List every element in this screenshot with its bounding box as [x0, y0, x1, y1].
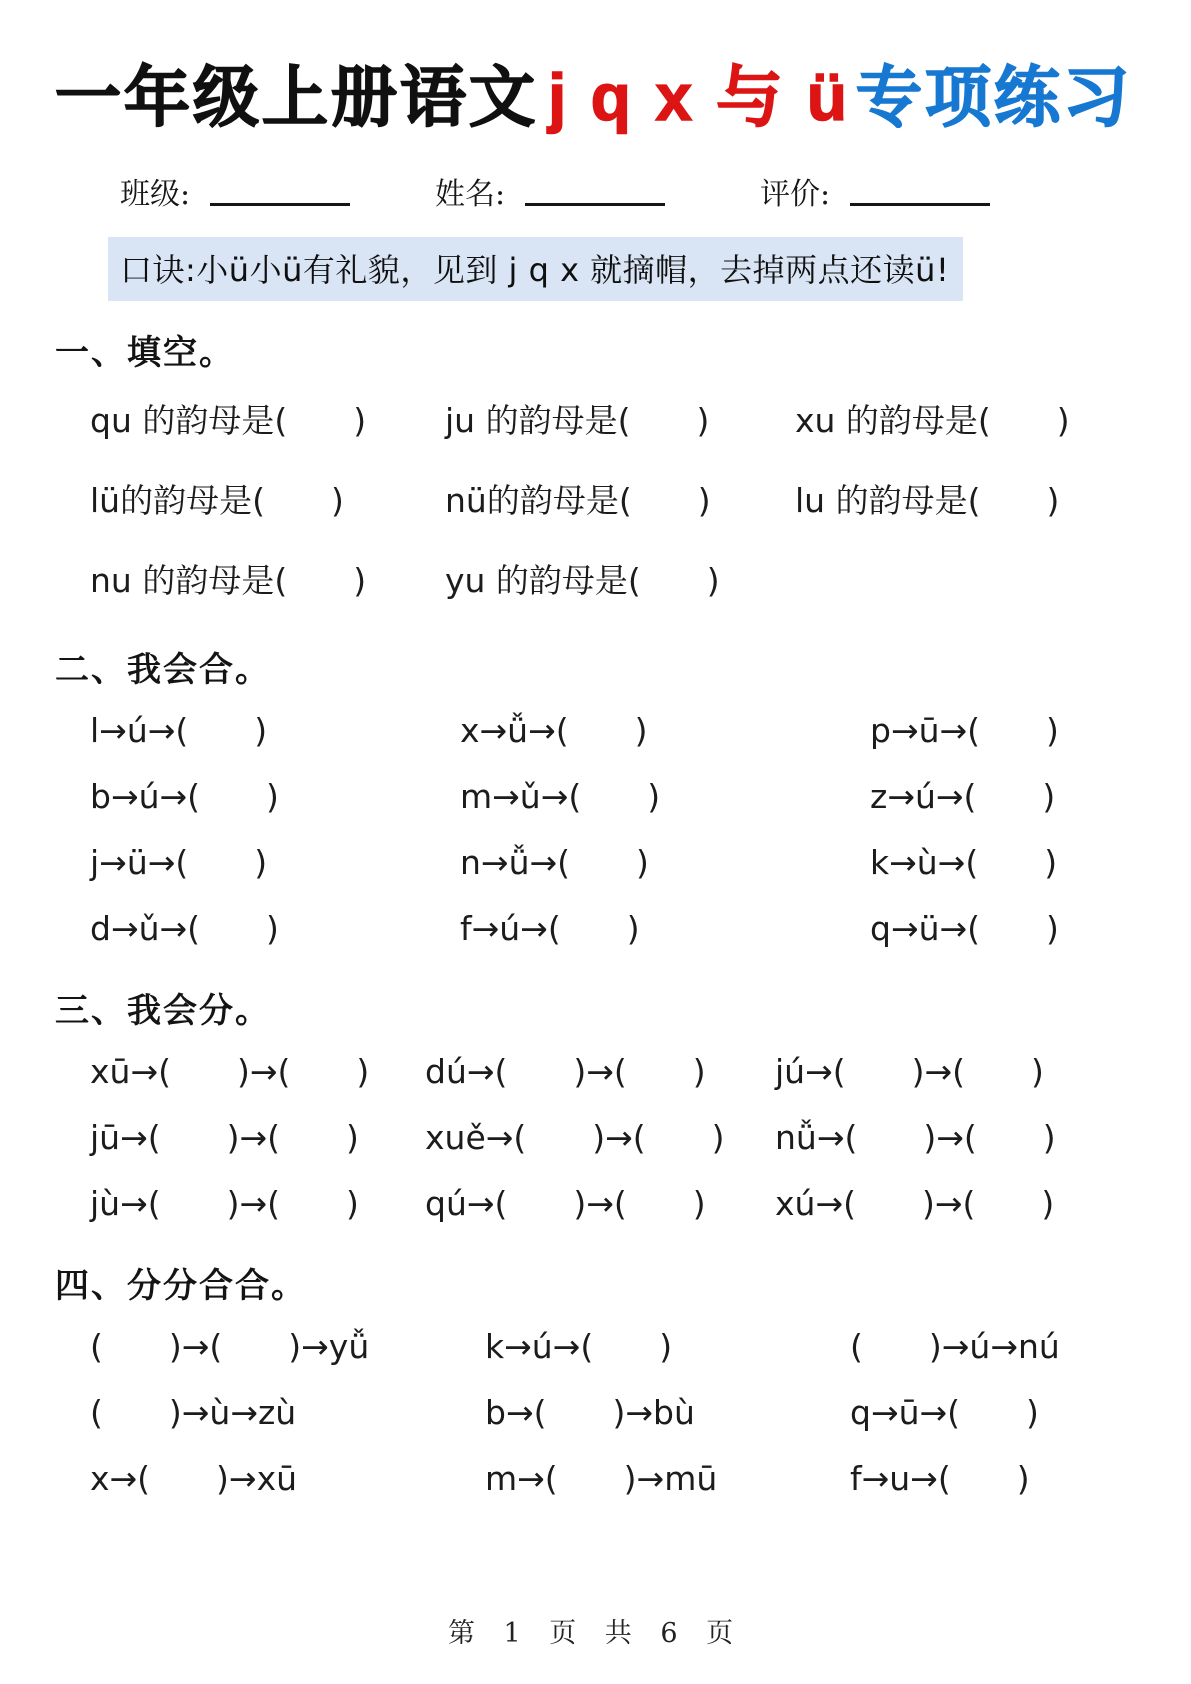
exercise-item: ( )→ù→zù: [90, 1387, 485, 1434]
name-label: 姓名:: [435, 177, 505, 212]
title-text-black: 一年级上册语文: [55, 60, 538, 134]
exercise-item: m→ǔ→( ): [460, 771, 870, 818]
section-heading: 二、我会合。: [55, 642, 1136, 691]
name-field: 姓名:: [435, 169, 760, 213]
evaluation-blank-line[interactable]: [850, 199, 990, 206]
exercise-row: ( )→( )→yǚk→ú→( )( )→ú→nú: [55, 1311, 1136, 1377]
exercise-item: k→ú→( ): [485, 1321, 850, 1368]
exercise-item: xu 的韵母是( ): [795, 395, 1136, 442]
exercise-row: nu 的韵母是( )yu 的韵母是( ): [55, 538, 1136, 618]
mnemonic-tip: 口诀:小ü小ü有礼貌，见到 j q x 就摘帽，去掉两点还读ü!: [108, 237, 963, 301]
section-3: 三、我会分。xū→( )→( )dú→( )→( )jú→( )→( )jū→(…: [55, 983, 1136, 1234]
exercise-row: j→ü→( )n→ǚ→( )k→ù→( ): [55, 827, 1136, 893]
class-label: 班级:: [120, 177, 190, 212]
mnemonic-row: 口诀:小ü小ü有礼貌，见到 j q x 就摘帽，去掉两点还读ü!: [55, 237, 1136, 301]
exercise-item: p→ū→( ): [870, 705, 1136, 752]
exercise-row: lü的韵母是( )nü的韵母是( )lu 的韵母是( ): [55, 458, 1136, 538]
exercise-row: ( )→ù→zùb→( )→bùq→ū→( ): [55, 1377, 1136, 1443]
exercise-item: f→ú→( ): [460, 903, 870, 950]
exercise-item: nu 的韵母是( ): [90, 555, 445, 602]
evaluation-label: 评价:: [760, 177, 830, 212]
class-blank-line[interactable]: [210, 199, 350, 206]
exercise-item: qú→( )→( ): [425, 1178, 775, 1225]
exercise-row: l→ú→( )x→ǚ→( )p→ū→( ): [55, 695, 1136, 761]
exercise-item: b→ú→( ): [90, 771, 460, 818]
exercise-row: x→( )→xūm→( )→mūf→u→( ): [55, 1443, 1136, 1509]
section-heading: 三、我会分。: [55, 983, 1136, 1032]
exercise-item: ( )→( )→yǚ: [90, 1321, 485, 1368]
section-heading: 一、填空。: [55, 325, 1136, 374]
class-field: 班级:: [120, 169, 435, 213]
exercise-item: nü的韵母是( ): [445, 475, 795, 522]
exercise-item: qu 的韵母是( ): [90, 395, 445, 442]
exercise-item: q→ü→( ): [870, 903, 1136, 950]
exercise-item: xú→( )→( ): [775, 1178, 1136, 1225]
exercise-item: n→ǚ→( ): [460, 837, 870, 884]
name-blank-line[interactable]: [525, 199, 665, 206]
exercise-item: xuě→( )→( ): [425, 1112, 775, 1159]
page-number: 第 1 页 共 6 页: [0, 1611, 1191, 1650]
exercise-row: d→ǔ→( )f→ú→( )q→ü→( ): [55, 893, 1136, 959]
exercise-item: z→ú→( ): [870, 771, 1136, 818]
exercise-row: b→ú→( )m→ǔ→( )z→ú→( ): [55, 761, 1136, 827]
section-4: 四、分分合合。( )→( )→yǚk→ú→( )( )→ú→nú( )→ù→zù…: [55, 1258, 1136, 1509]
exercise-item: m→( )→mū: [485, 1453, 850, 1500]
title-text-red: j q x 与 ü: [548, 60, 850, 134]
page-title: 一年级上册语文j q x 与 ü专项练习: [55, 44, 1136, 139]
section-2: 二、我会合。l→ú→( )x→ǚ→( )p→ū→( )b→ú→( )m→ǔ→( …: [55, 642, 1136, 959]
exercise-item: xū→( )→( ): [90, 1046, 425, 1093]
title-text-blue: 专项练习: [856, 60, 1132, 134]
exercise-item: x→( )→xū: [90, 1453, 485, 1500]
exercise-item: lu 的韵母是( ): [795, 475, 1136, 522]
exercise-item: l→ú→( ): [90, 705, 460, 752]
section-1: 一、填空。qu 的韵母是( )ju 的韵母是( )xu 的韵母是( )lü的韵母…: [55, 325, 1136, 618]
exercise-item: b→( )→bù: [485, 1387, 850, 1434]
exercise-item: jú→( )→( ): [775, 1046, 1136, 1093]
exercise-item: f→u→( ): [850, 1453, 1136, 1500]
exercise-item: q→ū→( ): [850, 1387, 1136, 1434]
exercise-item: d→ǔ→( ): [90, 903, 460, 950]
exercise-row: qu 的韵母是( )ju 的韵母是( )xu 的韵母是( ): [55, 378, 1136, 458]
exercise-item: nǚ→( )→( ): [775, 1112, 1136, 1159]
exercise-row: jù→( )→( )qú→( )→( )xú→( )→( ): [55, 1168, 1136, 1234]
exercise-item: dú→( )→( ): [425, 1046, 775, 1093]
exercise-item: jù→( )→( ): [90, 1178, 425, 1225]
exercise-item: lü的韵母是( ): [90, 475, 445, 522]
exercise-item: j→ü→( ): [90, 837, 460, 884]
evaluation-field: 评价:: [760, 169, 990, 213]
exercise-item: jū→( )→( ): [90, 1112, 425, 1159]
exercise-row: xū→( )→( )dú→( )→( )jú→( )→( ): [55, 1036, 1136, 1102]
worksheet-page: 一年级上册语文j q x 与 ü专项练习 班级: 姓名: 评价: 口诀:小ü小ü…: [0, 0, 1191, 1684]
header-fields: 班级: 姓名: 评价:: [55, 169, 1136, 213]
exercise-row: jū→( )→( )xuě→( )→( )nǚ→( )→( ): [55, 1102, 1136, 1168]
exercise-item: ( )→ú→nú: [850, 1321, 1136, 1368]
exercise-sections: 一、填空。qu 的韵母是( )ju 的韵母是( )xu 的韵母是( )lü的韵母…: [55, 325, 1136, 1509]
exercise-item: k→ù→( ): [870, 837, 1136, 884]
exercise-item: ju 的韵母是( ): [445, 395, 795, 442]
section-heading: 四、分分合合。: [55, 1258, 1136, 1307]
exercise-item: x→ǚ→( ): [460, 705, 870, 752]
exercise-item: yu 的韵母是( ): [445, 555, 795, 602]
